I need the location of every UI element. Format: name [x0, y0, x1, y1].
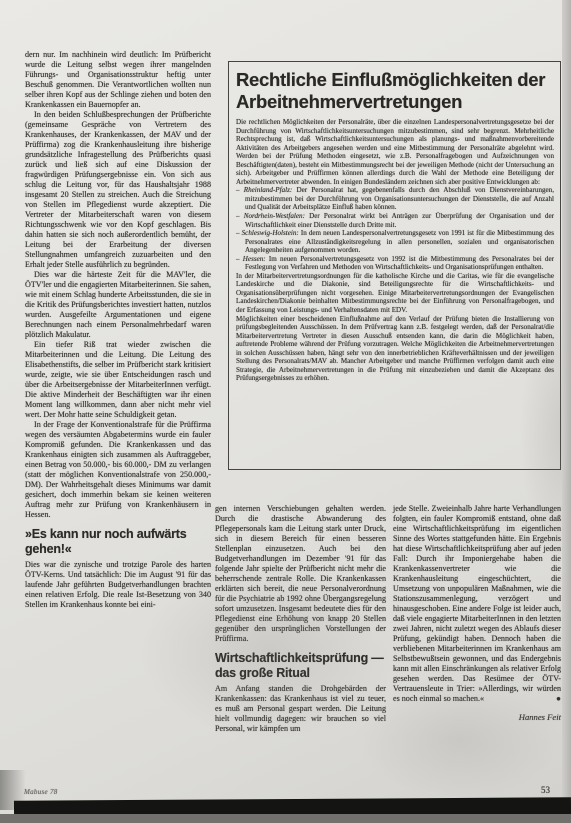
infobox-title-line1: Rechtliche Einflußmöglichkeiten der: [236, 69, 545, 90]
bullet-marker: –: [236, 212, 240, 220]
page-background: dern nur. Im nachhinein wird deutlich: I…: [0, 0, 563, 823]
list-item: – Schleswig-Holstein: In dem neuen Lande…: [236, 229, 554, 255]
author-credit: Hannes Feit: [393, 712, 561, 722]
scan-edge-right: [562, 0, 571, 823]
paragraph: Dies war die härteste Zeit für die MAV'l…: [25, 270, 211, 340]
bullet-marker: –: [236, 255, 240, 263]
state-name: Hessen:: [243, 255, 266, 263]
scan-edge-bottom: [0, 814, 571, 823]
section-heading: Wirtschaftlichkeitsprüfung — das große R…: [215, 651, 386, 680]
section-heading-line2: das große Ritual: [215, 666, 310, 680]
paragraph: Dies war die zynische und trotzige Parol…: [25, 560, 211, 610]
state-name: Rheinland-Pfalz:: [244, 186, 292, 194]
state-name: Nordrhein-Westfalen:: [244, 212, 305, 220]
scanned-page: dern nur. Im nachhinein wird deutlich: I…: [0, 0, 571, 823]
infobox-title: Rechtliche Einflußmöglichkeiten der Arbe…: [236, 69, 554, 112]
list-item: – Rheinland-Pfalz: Der Personalrat hat, …: [236, 186, 554, 212]
paragraph: In der Mitarbeitervertretungsordnungen f…: [236, 272, 554, 315]
list-item: – Nordrhein-Westfalen: Der Personalrat w…: [236, 212, 554, 229]
paragraph: In den beiden Schlußbesprechungen der Pr…: [25, 110, 211, 270]
bullet-marker: –: [236, 186, 240, 194]
page-number: 53: [541, 785, 550, 795]
middle-column: gen internen Verschiebungen gehalten wer…: [215, 504, 386, 734]
end-of-article-mark: ●: [556, 694, 561, 704]
paragraph: jede Stelle. Zweieinhalb Jahre harte Ver…: [393, 504, 561, 704]
right-column: jede Stelle. Zweieinhalb Jahre harte Ver…: [393, 504, 561, 722]
paragraph: dern nur. Im nachhinein wird deutlich: I…: [25, 50, 211, 110]
paragraph: Ein tiefer Riß trat wieder zwischen die …: [25, 340, 211, 420]
left-column: dern nur. Im nachhinein wird deutlich: I…: [25, 50, 211, 610]
paragraph: Die rechtlichen Möglichkeiten der Person…: [236, 118, 554, 186]
legal-infobox: Rechtliche Einflußmöglichkeiten der Arbe…: [228, 61, 561, 470]
bullet-marker: –: [236, 229, 240, 237]
paragraph: In der Frage der Konventionalstrafe für …: [25, 420, 211, 520]
infobox-body: Die rechtlichen Möglichkeiten der Person…: [236, 118, 554, 383]
journal-issue-label: Mabuse 78: [24, 788, 58, 796]
list-item: – Hessen: Im neuen Personalvertretungsge…: [236, 255, 554, 272]
paragraph: gen internen Verschiebungen gehalten wer…: [215, 504, 386, 644]
state-name: Schleswig-Holstein:: [242, 229, 299, 237]
section-heading-line1: Wirtschaftlichkeitsprüfung —: [215, 651, 384, 665]
infobox-title-line2: Arbeitnehmervertretungen: [236, 91, 462, 112]
paragraph-text: jede Stelle. Zweieinhalb Jahre harte Ver…: [393, 504, 561, 703]
section-heading: »Es kann nur noch aufwärts gehen!«: [25, 527, 211, 556]
paragraph: Möglichkeiten einer bescheidenen Einfluß…: [236, 315, 554, 383]
list-item-text: Im neuen Personalvertretungsgesetz von 1…: [245, 255, 554, 272]
list-item-text: Der Personalrat hat, gegebenenfalls durc…: [245, 186, 554, 211]
paragraph: Am Anfang standen die Drohgebärden der K…: [215, 684, 386, 734]
